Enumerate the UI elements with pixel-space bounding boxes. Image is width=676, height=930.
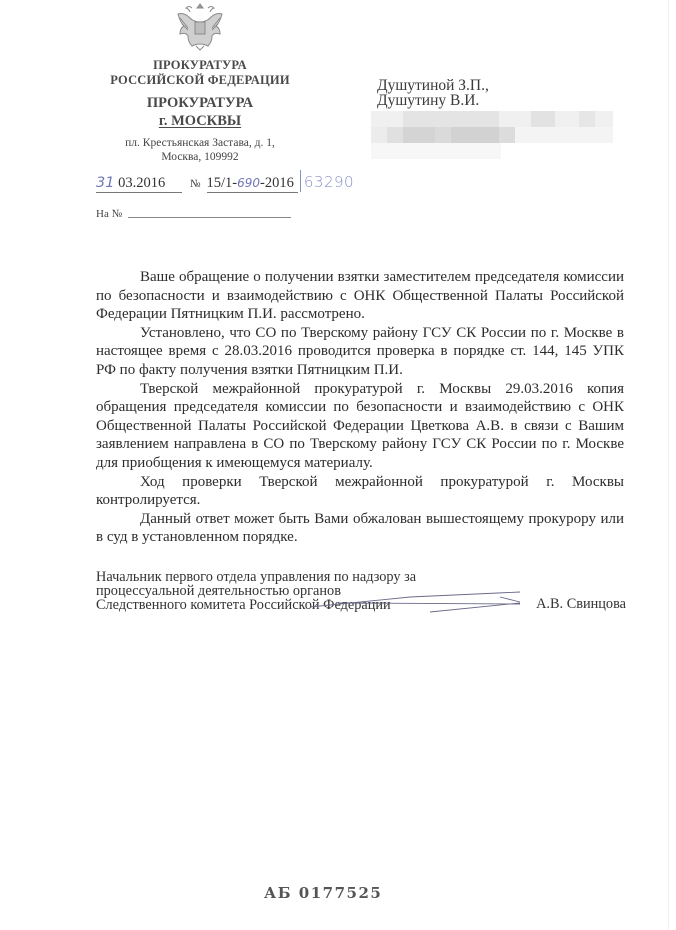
org-line-1: ПРОКУРАТУРА	[100, 58, 300, 73]
paragraph-4: Ход проверки Тверской межрайонной прокур…	[96, 473, 624, 510]
address-line-2: Москва, 109992	[100, 150, 300, 164]
reference-line: На №	[96, 207, 291, 220]
recipient-block: Душутиной З.П., Душутину В.И.	[377, 78, 489, 108]
form-serial-number: АБ 0177525	[264, 884, 382, 902]
office-address: пл. Крестьянская Застава, д. 1, Москва, …	[100, 136, 300, 164]
number-handwritten: 690	[237, 176, 260, 190]
recipient-line-2: Душутину В.И.	[377, 93, 489, 108]
paragraph-3: Тверской межрайонной прокуратурой г. Мос…	[96, 380, 624, 473]
address-line-1: пл. Крестьянская Застава, д. 1,	[100, 136, 300, 150]
signer-name: А.В. Свинцова	[536, 598, 626, 612]
office-line-1: ПРОКУРАТУРА	[100, 94, 300, 112]
number-sign: №	[190, 178, 201, 190]
paragraph-2: Установлено, что СО по Тверскому району …	[96, 324, 624, 380]
date-field: 31 03.2016	[96, 175, 182, 193]
date-month-year: 03.2016	[118, 175, 165, 191]
date-day-handwritten: 31	[96, 175, 114, 191]
reference-label: На №	[96, 208, 122, 220]
reference-blank	[128, 207, 291, 218]
handwritten-divider	[300, 170, 301, 192]
paragraph-5: Данный ответ может быть Вами обжалован в…	[96, 510, 624, 547]
scan-edge-line	[668, 0, 669, 930]
outgoing-number-field: 15/1-690-2016	[207, 175, 298, 193]
double-headed-eagle-icon	[170, 0, 230, 52]
number-prefix: 15/1-	[207, 175, 238, 191]
org-line-2: РОССИЙСКОЙ ФЕДЕРАЦИИ	[100, 73, 300, 88]
org-name: ПРОКУРАТУРА РОССИЙСКОЙ ФЕДЕРАЦИИ	[100, 58, 300, 88]
office-name: ПРОКУРАТУРА г. МОСКВЫ	[100, 94, 300, 130]
paragraph-1: Ваше обращение о получении взятки замест…	[96, 268, 624, 324]
registration-line: 31 03.2016 №15/1-690-201663290	[96, 170, 354, 192]
recipient-line-1: Душутиной З.П.,	[377, 78, 489, 93]
number-suffix: -2016	[260, 175, 294, 191]
office-line-2: г. МОСКВЫ	[159, 113, 241, 129]
signature-block: Начальник первого отдела управления по н…	[96, 571, 626, 612]
redacted-address	[371, 111, 613, 161]
incoming-number-handwritten: 63290	[304, 173, 354, 191]
letter-body: Ваше обращение о получении взятки замест…	[96, 268, 624, 547]
